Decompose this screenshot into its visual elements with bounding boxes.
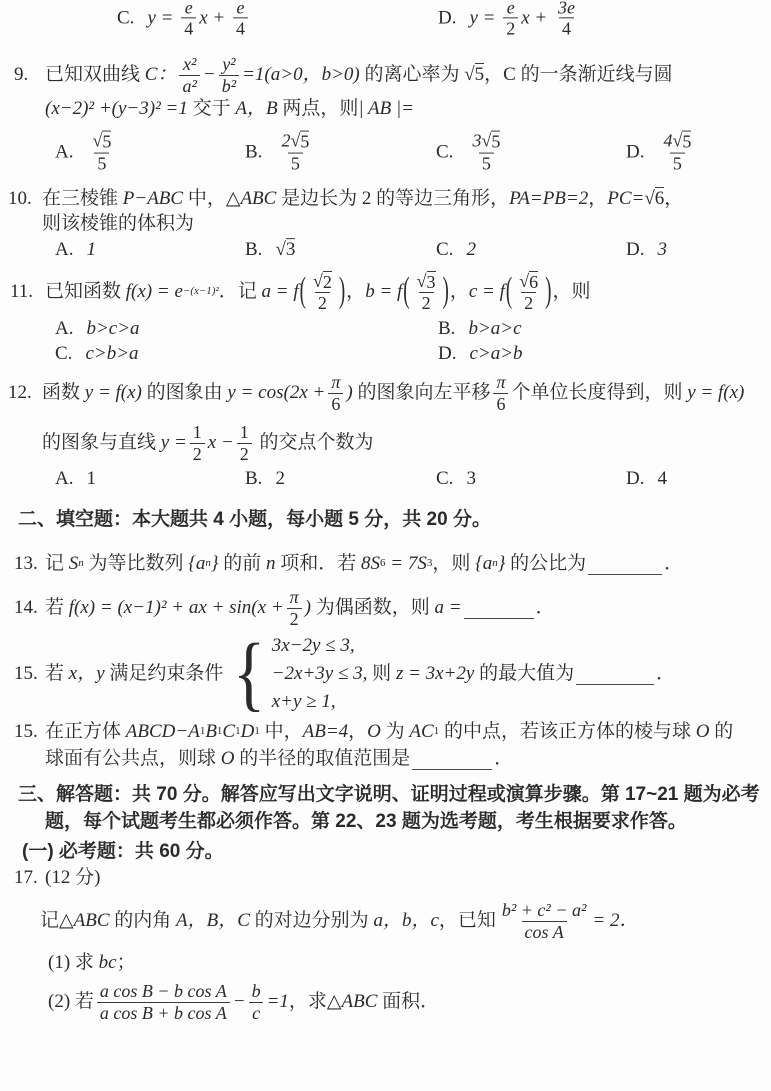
formula-text: AB=4 [303,720,349,744]
fraction: e2 [503,0,518,39]
formula-text: − [203,63,216,87]
q9-option-b: B. 2√55 [245,131,315,174]
stem-text: ． [494,747,513,771]
formula-text: PC= [607,187,644,211]
option-label: B. [245,238,262,262]
formula-text: B [205,720,217,744]
fraction-numerator: 1 [190,422,205,442]
option-label: B. [245,140,262,164]
formula-text: = 2． [592,909,638,933]
question-number: 15. [14,720,45,744]
formula-text: f(x) = (x−1)² + ax + sin(x + [69,596,284,620]
fraction-numerator: e [182,0,196,18]
q15a-stem: 15. 若 x，y 满足约束条件 { 3x−2y ≤ 3, −2x+3y ≤ 3… [14,631,675,717]
sqrt-radical: √6 [519,271,538,293]
coefficient: 3 [472,131,481,151]
stem-text: 的图象向左平移 [353,381,491,405]
fraction-numerator: e [233,0,247,18]
part-number: (2) [48,990,70,1014]
right-paren: ) [545,269,551,314]
question-number: 11. [10,280,45,304]
q10-option-c: C.2 [436,238,476,262]
stem-text: ， [348,720,367,744]
q11-option-a: A.b>c>a [55,317,140,341]
q14-stem: 14. 若 f(x) = (x−1)² + ax + sin(x + π2 ) … [14,585,555,631]
q17-header: 17. (12 分) [14,865,100,891]
stem-text: 个单位长度得到，则 [511,381,687,405]
formula-text: AC [409,720,433,744]
stem-text: 中， [183,187,226,211]
formula-text: a，b，c [373,909,438,933]
formula-text: ABCD−A [126,720,200,744]
formula-text: △ABC [327,990,378,1014]
formula-text: − [233,990,246,1014]
q11-options-row-ab: A.b>c>a B.b>a>c [0,316,771,342]
right-paren: ) [443,269,449,314]
formula-text: △ABC [59,909,110,933]
fraction: e4 [181,0,196,39]
formula-text: y = cos(2x + [227,381,325,405]
q10-stem-line1: 10. 在三棱锥 P−ABC 中， △ABC 是边长为 2 的等边三角形， PA… [8,186,683,212]
fraction: e4 [233,0,248,39]
q11-stem: 11. 已知函数 f(x) = e−(x−1)² ．记 a = f ( √22 … [10,262,590,322]
option-label: A. [55,238,73,262]
formula-text: z = 3x+2y [396,662,474,686]
formula-text: {a [475,552,492,576]
radical-sign: √ [644,187,654,211]
fraction-numerator: e [504,0,518,18]
fraction-denominator: 2 [503,18,518,39]
option-value: b>c>a [86,317,139,341]
coefficient: 2 [281,131,290,151]
stem-text: 面积． [377,990,439,1014]
formula-text: x + [199,6,230,30]
formula-text: =1 [267,990,289,1014]
formula-text: S [69,552,79,576]
fraction-denominator: c [249,1002,263,1023]
q10-option-d: D.3 [626,238,667,262]
formula-text: A，B [235,97,277,121]
fraction-numerator: π [328,372,343,392]
radical-sign: √ [92,131,102,151]
subsection-title: (一) 必考题：共 60 分。 [22,840,224,864]
fraction: 2√55 [278,131,312,174]
fraction: a cos B − b cos Aa cos B + b cos A [97,981,230,1022]
option-label: D. [626,238,644,262]
fraction: √62 [516,271,541,314]
formula-text: n [266,552,276,576]
formula-text: y = [147,6,178,30]
fraction-numerator: π [287,587,302,607]
stem-text: 已知函数 [45,280,126,304]
constraint: −2x+3y ≤ 3, [272,662,368,686]
formula-text: c = f [469,280,505,304]
sqrt-radical: √5 [92,131,111,153]
formula-text: a = f [262,280,299,304]
fraction: bc [249,981,264,1022]
stem-text: 满足约束条件 [105,662,224,686]
stem-text: 的图象与直线 [42,431,161,455]
stem-text: 两点，则 [278,97,359,121]
formula-text: a = [435,596,462,620]
stem-text: 函数 [42,381,85,405]
q11-options-row-cd: C.c>b>a D.c>a>b [0,341,771,367]
formula-text: C [222,720,235,744]
fraction-denominator: 6 [328,393,343,414]
fraction-numerator: 3e [555,0,578,18]
option-value: c>b>a [85,342,138,366]
formula-text: △ABC [226,187,277,211]
sqrt-radical: √6 [644,187,664,211]
formula-text: =1(a>0，b>0) [242,63,360,87]
option-label: D. [438,6,456,30]
option-value: b>a>c [468,317,521,341]
fraction-denominator: 4 [233,18,248,39]
stem-text: 已知双曲线 [45,63,145,87]
radicand: 3 [286,238,296,261]
q17-stem: 记 △ABC 的内角 A，B，C 的对边分别为 a，b，c ，已知 b² + c… [40,890,638,952]
question-number: 10. [8,187,42,211]
stem-text: ，则 [552,280,590,304]
radicand: 5 [491,131,500,153]
formula-text: D [241,720,255,744]
formula-text: C： [145,63,177,87]
points-label: (12 分) [45,866,100,890]
option-label: D. [626,140,644,164]
fraction: π6 [493,372,508,413]
stem-text: 的前 [219,552,267,576]
question-number: 13. [14,552,45,576]
option-value: 3 [466,467,476,491]
section3-header-line2: 题，每个试题考生都必须作答。第 22、23 题为选考题，考生根据要求作答。 [45,808,687,836]
q11-option-b: B.b>a>c [438,317,522,341]
stem-text: 项和．若 [276,552,362,576]
formula-text: y = f(x) [687,381,744,405]
formula-text: x，y [69,662,105,686]
answer-blank [412,754,492,770]
radical-sign: √ [672,131,682,151]
stem-text: 若 [45,596,69,620]
q12-options-row: A.1 B.2 C.3 D.4 [0,466,771,492]
q10-option-b: B.√3 [245,238,295,262]
fraction-denominator: 5 [670,152,685,173]
left-paren: ( [300,269,306,314]
q8-option-c: C. y = e4 x + e4 [117,0,251,39]
left-paren: ( [403,269,409,314]
option-label: A. [55,140,73,164]
q17-part2: (2) 若 a cos B − b cos Aa cos B + b cos A… [48,972,439,1032]
constraint: x+y ≥ 1, [272,690,675,714]
stem-text: ． [664,552,683,576]
formula-text: PA=PB=2 [509,187,588,211]
option-label: A. [55,317,73,341]
stem-text: ，已知 [439,909,496,933]
formula-text: = 7S [386,552,427,576]
stem-text: 的离心率为 [360,63,465,87]
stem-text: 在正方体 [45,720,126,744]
fraction: 3√55 [469,131,503,174]
fraction-denominator: 5 [94,152,109,173]
stem-text: 若 [70,990,94,1014]
option-label: C. [436,140,453,164]
fraction-denominator: cos A [522,921,567,942]
stem-text: 为等比数列 [84,552,189,576]
option-value: c>a>b [469,342,522,366]
radicand: 5 [300,131,309,153]
option-label: C. [55,342,72,366]
formula-text: | AB |= [358,97,414,121]
fraction: √22 [310,271,335,314]
answer-blank [576,669,654,685]
option-label: C. [436,467,453,491]
radicand: 6 [655,187,665,210]
q12-option-d: D.4 [626,467,667,491]
option-label: B. [438,317,455,341]
fraction-denominator: 2 [190,443,205,464]
section-title: 二、填空题：本大题共 4 小题，每小题 5 分，共 20 分。 [18,508,491,532]
q12-option-b: B.2 [245,467,285,491]
sqrt-radical: √3 [417,271,436,293]
section3-subheader: (一) 必考题：共 60 分。 [22,838,224,866]
stem-text: 的中点，若该正方体的棱与球 [439,720,696,744]
formula-text: y = [469,6,500,30]
radical-sign: √ [481,131,491,151]
q9-stem-line2: (x−2)² +(y−3)² =1 交于 A，B 两点，则 | AB |= [45,96,414,122]
fraction-numerator: x² [180,54,199,74]
formula-text: x + [521,6,552,30]
option-label: B. [245,467,262,491]
stem-text: 若 [45,662,69,686]
option-value: 2 [275,467,285,491]
stem-text: ， [664,187,683,211]
option-value: 3 [657,238,667,262]
stem-text: 的交点个数为 [255,431,374,455]
fraction: b² + c² − a²cos A [499,900,589,941]
stem-text: 则 [367,662,396,686]
fraction: π2 [287,587,302,628]
radical-sign: √ [313,271,323,291]
formula-text: x − [208,431,234,455]
stem-text: 为偶函数，则 [311,596,435,620]
radical-sign: √ [290,131,300,151]
question-number: 12. [8,381,42,405]
fraction-denominator: 2 [287,608,302,629]
question-number: 14. [14,596,45,620]
formula-text: P−ABC [123,187,183,211]
option-label: C. [117,6,134,30]
fraction-denominator: 2 [419,292,434,313]
question-number: 9. [14,63,45,87]
fraction-denominator: 5 [288,152,303,173]
stem-text: 的内角 [110,909,177,933]
fraction-numerator: y² [219,54,238,74]
radicand: 6 [529,271,538,293]
stem-text: 的 [709,720,733,744]
fraction-numerator: b² + c² − a² [499,900,589,920]
constraint: 3x−2y ≤ 3, [272,634,675,658]
stem-text: 是边长为 2 的等边三角形， [276,187,509,211]
q9-option-c: C. 3√55 [436,131,506,174]
option-label: D. [626,467,644,491]
stem-text: 的图象由 [142,381,228,405]
q15b-stem-line2: 球面有公共点，则球 O 的半径的取值范围是 ． [45,746,513,772]
formula-text: b = f [365,280,402,304]
radical-sign: √ [417,271,427,291]
formula-text: } [211,552,219,576]
fraction: x²a² [179,54,199,95]
q13-stem: 13. 记 Sn 为等比数列 {an} 的前 n 项和．若 8S6 = 7S3 … [14,550,683,578]
fraction-denominator: 4 [559,18,574,39]
radical-sign: √ [464,63,474,87]
fraction-denominator: a² [179,75,199,96]
q10-options-row: A.1 B.√3 C.2 D.3 [0,236,771,264]
option-value: 1 [86,467,96,491]
sqrt-radical: √5 [464,63,484,87]
radicand: 5 [475,63,485,86]
formula-text: y = [161,431,187,455]
exam-page: C. y = e4 x + e4 D. y = e2 x + 3e4 9. 已知… [0,0,771,1091]
fraction-numerator: 1 [237,422,252,442]
radicand: 3 [427,271,436,293]
stem-text: ． [656,662,675,686]
fraction-denominator: 6 [493,393,508,414]
q12-option-a: A.1 [55,467,96,491]
sqrt-radical: √2 [313,271,332,293]
formula-text: O [367,720,381,744]
fraction: π6 [328,372,343,413]
fraction-denominator: a cos B + b cos A [97,1002,230,1023]
radical-sign: √ [519,271,529,291]
stem-text: ，C 的一条渐近线与圆 [484,63,672,87]
section-title: 题，每个试题考生都必须作答。第 22、23 题为选考题，考生根据要求作答。 [45,810,687,834]
option-value: 4 [657,467,667,491]
q9-options-row: A. √55 B. 2√55 C. 3√55 D. 4√55 [0,126,771,178]
fraction: √55 [89,131,114,174]
q12-option-c: C.3 [436,467,476,491]
q10-option-a: A.1 [55,238,96,262]
q12-stem-line1: 12. 函数 y = f(x) 的图象由 y = cos(2x + π6 ) 的… [8,368,744,418]
fraction-numerator: b [249,981,264,1001]
stem-text: 记 [40,909,59,933]
fraction: 12 [190,422,205,463]
formula-text: y = f(x) [85,381,142,405]
stem-text: 则该棱锥的体积为 [42,212,194,236]
stem-text: 中， [260,720,303,744]
question-number: 17. [14,866,45,890]
q11-option-c: C.c>b>a [55,342,139,366]
option-label: A. [55,467,73,491]
section2-header: 二、填空题：本大题共 4 小题，每小题 5 分，共 20 分。 [18,506,491,534]
formula-text: O [221,747,235,771]
radicand: 2 [323,271,332,293]
stem-text: 的对边分别为 [250,909,374,933]
option-label: D. [438,342,456,366]
stem-text: ． [536,596,555,620]
sqrt-radical: √5 [481,131,500,153]
fraction-numerator: π [493,372,508,392]
fraction: y²b² [219,54,239,95]
stem-text: ．记 [219,280,262,304]
section3-header-line1: 三、解答题：共 70 分。解答应写出文字说明、证明过程或演算步骤。第 17~21… [18,781,760,809]
right-paren: ) [339,269,345,314]
stem-text: ， [450,280,469,304]
stem-text: ， [346,280,365,304]
formula-text: f(x) = e [126,280,183,304]
stem-text: 在三棱锥 [42,187,123,211]
q11-option-d: D.c>a>b [438,342,523,366]
fraction-denominator: 2 [521,292,536,313]
coefficient: 4 [663,131,672,151]
stem-text: ，求 [289,990,327,1014]
q10-stem-line2: 则该棱锥的体积为 [42,211,194,237]
option-value: 1 [86,238,96,262]
formula-text: {a [188,552,205,576]
stem-text: 的半径的取值范围是 [235,747,411,771]
formula-text: O [696,720,710,744]
stem-text: ， [588,187,607,211]
formula-text: (x−2)² +(y−3)² =1 [45,97,188,121]
stem-text: 的公比为 [505,552,586,576]
q8-option-d: D. y = e2 x + 3e4 [438,0,581,39]
formula-text: A，B，C [176,909,250,933]
fraction-denominator: 2 [315,292,330,313]
formula-text: } [498,552,506,576]
fraction: 4√55 [660,131,694,174]
question-number: 15. [14,662,45,686]
constraint-system: 3x−2y ≤ 3, −2x+3y ≤ 3, 则 z = 3x+2y 的最大值为… [272,634,675,713]
fraction-denominator: 5 [479,152,494,173]
fraction: 3e4 [555,0,578,39]
sqrt-radical: √5 [672,131,691,153]
fraction-denominator: 2 [237,443,252,464]
sqrt-radical: √3 [275,238,295,262]
stem-text: 记 [45,552,69,576]
radicand: 5 [682,131,691,153]
answer-blank [464,603,534,619]
stem-text: 为 [381,720,410,744]
fraction: 12 [237,422,252,463]
q12-stem-line2: 的图象与直线 y = 12 x − 12 的交点个数为 [42,418,374,468]
option-value: 2 [466,238,476,262]
fraction-denominator: 4 [181,18,196,39]
sqrt-radical: √5 [290,131,309,153]
radicand: 5 [102,131,111,153]
section-title: 三、解答题：共 70 分。解答应写出文字说明、证明过程或演算步骤。第 17~21… [18,783,760,807]
exponent: −(x−1)² [183,285,219,299]
answer-blank [588,559,662,575]
radical-sign: √ [275,238,285,262]
constraint-row: −2x+3y ≤ 3, 则 z = 3x+2y 的最大值为 ． [272,662,675,686]
left-paren: ( [506,269,512,314]
formula-text: 8S [361,552,380,576]
q9-option-a: A. √55 [55,131,117,174]
stem-text: 球面有公共点，则球 [45,747,221,771]
stem-text: ，则 [432,552,475,576]
q9-option-d: D. 4√55 [626,131,697,174]
q15b-stem-line1: 15. 在正方体 ABCD−A1B1C1D1 中， AB=4 ， O 为 AC1… [14,719,733,745]
fraction-denominator: b² [219,75,239,96]
fraction-numerator: a cos B − b cos A [97,981,230,1001]
stem-text: 的最大值为 [474,662,574,686]
stem-text: 交于 [188,97,236,121]
option-label: C. [436,238,453,262]
fraction: √32 [414,271,439,314]
